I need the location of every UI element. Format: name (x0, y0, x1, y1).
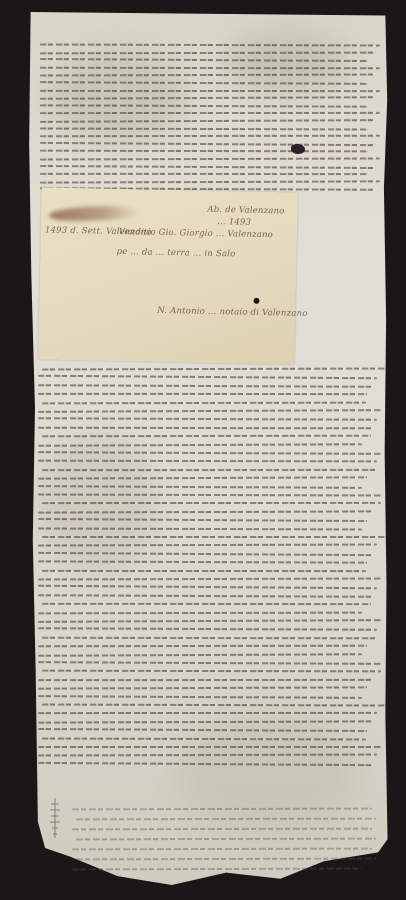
handwritten-line (40, 90, 380, 92)
handwritten-line (42, 401, 366, 403)
label-bottom-note: N. Antonio ... notaio di Valenzano (157, 306, 308, 319)
ink-blot (291, 144, 305, 154)
handwritten-line (38, 679, 372, 681)
handwritten-line (42, 570, 366, 572)
label-line-2: Venditio Gio. Giorgio ... Valenzano (119, 227, 273, 240)
archival-label: 1493 d. Sett. Valenzano Venditio Gio. Gi… (38, 187, 298, 364)
label-note-top-2: ... 1493 (217, 217, 251, 228)
handwritten-line (40, 67, 380, 69)
notary-sign-icon (48, 798, 62, 838)
label-note-top-1: Ab. de Valenzano (207, 205, 284, 217)
handwritten-line (40, 51, 374, 53)
handwritten-line (38, 611, 362, 613)
ink-smear (49, 204, 140, 222)
handwritten-line (42, 469, 376, 471)
label-line-3: pe ... da ... terra ... in Salo (116, 247, 235, 259)
punched-hole (253, 298, 259, 304)
handwritten-line (38, 746, 382, 748)
handwritten-line (42, 536, 386, 538)
handwritten-line (38, 427, 372, 429)
handwritten-line (42, 637, 376, 639)
